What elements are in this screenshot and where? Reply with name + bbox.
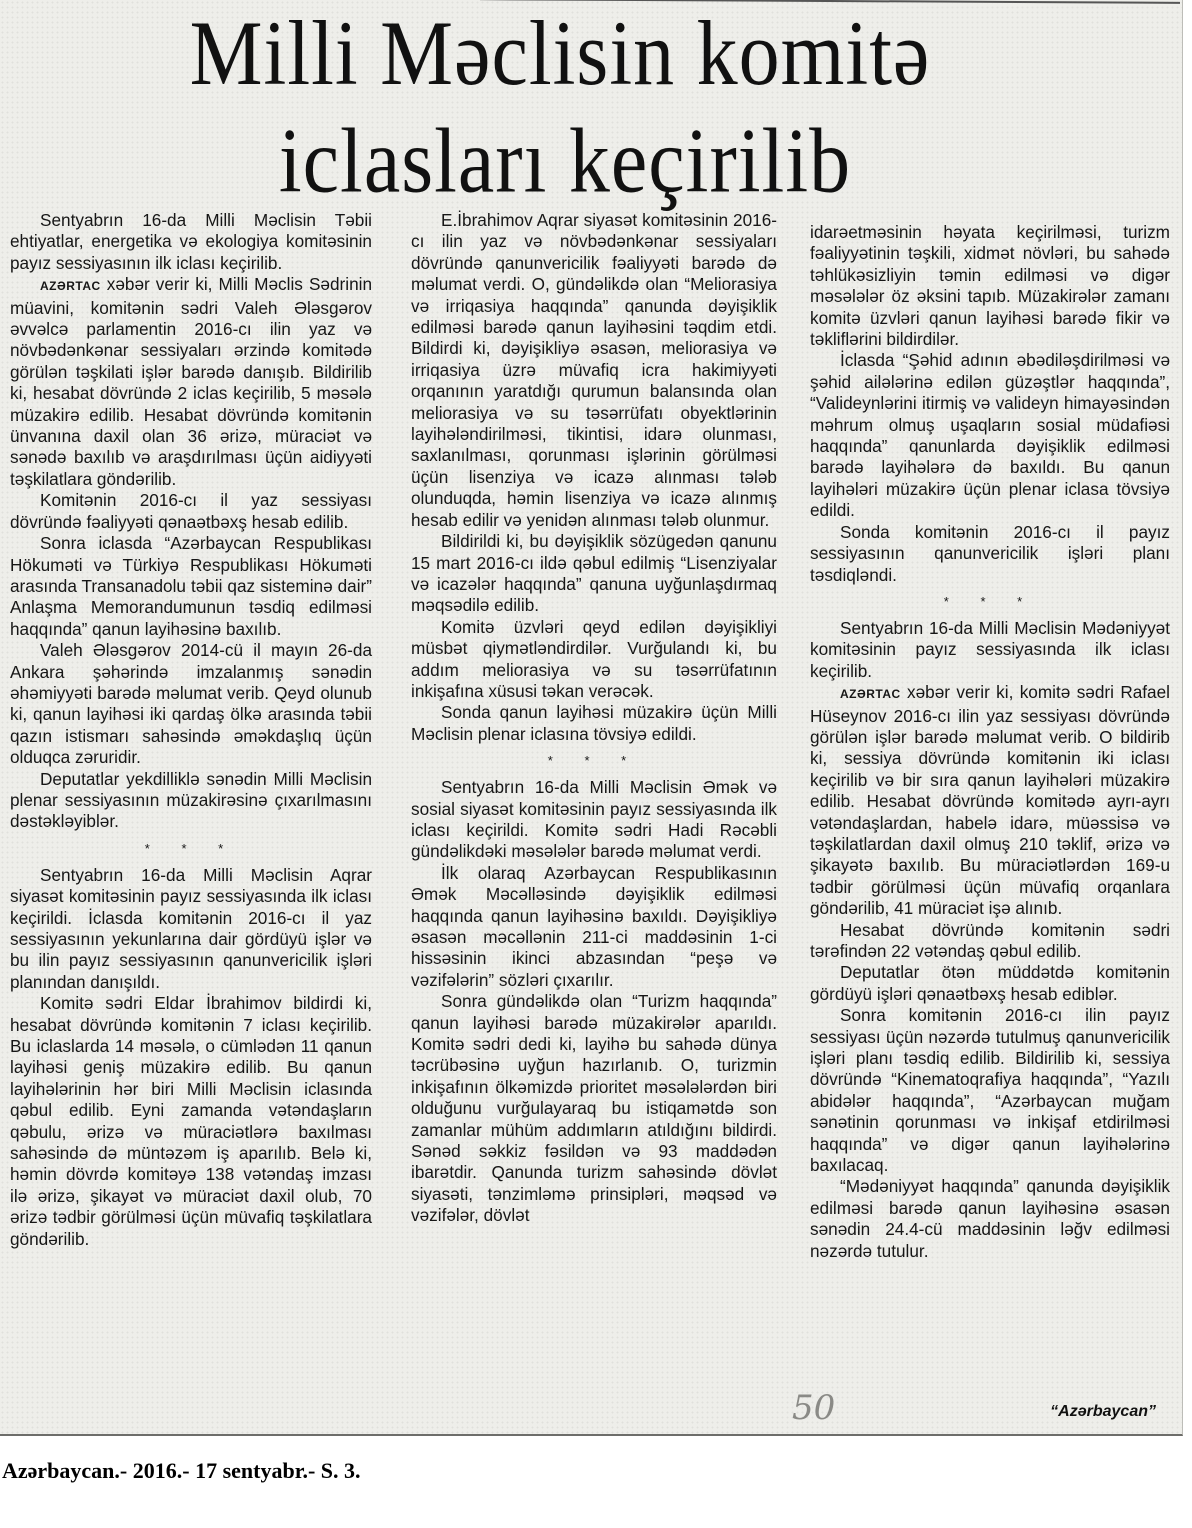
agency-tag: AZƏRTAC xyxy=(840,687,901,701)
paragraph: Sonra iclasda “Azərbaycan Respublikası H… xyxy=(10,533,372,640)
paragraph: “Mədəniyyət haqqında” qanunda dəyişiklik… xyxy=(810,1176,1170,1262)
headline-line-1: Milli Məclisin komitə xyxy=(0,0,1150,108)
paragraph: Sentyabrın 16-da Milli Məclisin Mədəniyy… xyxy=(810,618,1170,682)
paragraph: AZƏRTAC xəbər verir ki, Milli Məclis Səd… xyxy=(10,274,372,490)
section-separator: * * * xyxy=(10,839,372,859)
paragraph: Sentyabrın 16-da Milli Məclisin Aqrar si… xyxy=(10,865,372,993)
agency-tag: AZƏRTAC xyxy=(40,279,101,293)
paragraph: Komitə sədri Eldar İbrahimov bildirdi ki… xyxy=(10,993,372,1250)
paragraph: Sonra komitənin 2016-cı ilin payız sessi… xyxy=(810,1005,1170,1176)
article-column-3: idarəetməsinin həyata keçirilməsi, turiz… xyxy=(810,222,1170,1262)
paragraph: Sonda komitənin 2016-cı il payız sessiya… xyxy=(810,522,1170,586)
section-separator: * * * xyxy=(810,592,1170,612)
paragraph: İlk olaraq Azərbaycan Respublikasının Əm… xyxy=(411,863,777,991)
paragraph: AZƏRTAC xəbər verir ki, komitə sədri Raf… xyxy=(810,682,1170,919)
newspaper-clipping: Milli Məclisin komitə iclasları keçirili… xyxy=(0,0,1183,1436)
paragraph: E.İbrahimov Aqrar siyasət komitəsinin 20… xyxy=(411,210,777,531)
article-column-2: E.İbrahimov Aqrar siyasət komitəsinin 20… xyxy=(411,210,777,1227)
paragraph: Hesabat dövründə komitənin sədri tərəfin… xyxy=(810,920,1170,963)
paragraph: Sentyabrın 16-da Milli Məclisin Əmək və … xyxy=(411,777,777,863)
paragraph: Sonra gündəlikdə olan “Turizm haqqında” … xyxy=(411,991,777,1226)
paragraph: Komitənin 2016-cı il yaz sessiyası dövrü… xyxy=(10,490,372,533)
paragraph: Sonda qanun layihəsi müzakirə üçün Milli… xyxy=(411,702,777,745)
paragraph: Deputatlar yekdilliklə sənədin Milli Məc… xyxy=(10,769,372,833)
paragraph: Deputatlar ötən müddətdə komitənin gördü… xyxy=(810,962,1170,1005)
paragraph: Komitə üzvləri qeyd edilən dəyişikliyi m… xyxy=(411,617,777,703)
handwritten-page-note: 50 xyxy=(792,1388,835,1428)
bibliographic-citation: Azərbaycan.- 2016.- 17 sentyabr.- S. 3. xyxy=(2,1458,361,1484)
paragraph: Sentyabrın 16-da Milli Məclisin Təbii eh… xyxy=(10,210,372,274)
paragraph: idarəetməsinin həyata keçirilməsi, turiz… xyxy=(810,222,1170,350)
article-headline: Milli Məclisin komitə iclasları keçirili… xyxy=(30,0,1150,215)
source-signature: “Azərbaycan” xyxy=(1050,1403,1156,1421)
paragraph: Valeh Ələsgərov 2014-cü il mayın 26-da A… xyxy=(10,640,372,768)
paragraph: İclasda “Şəhid adının əbədiləşdirilməsi … xyxy=(810,350,1170,521)
article-column-1: Sentyabrın 16-da Milli Məclisin Təbii eh… xyxy=(10,210,372,1250)
headline-line-2: iclasları keçirilib xyxy=(0,108,1150,216)
paragraph: Bildirildi ki, bu dəyişiklik sözügedən q… xyxy=(411,531,777,617)
section-separator: * * * xyxy=(411,751,777,771)
